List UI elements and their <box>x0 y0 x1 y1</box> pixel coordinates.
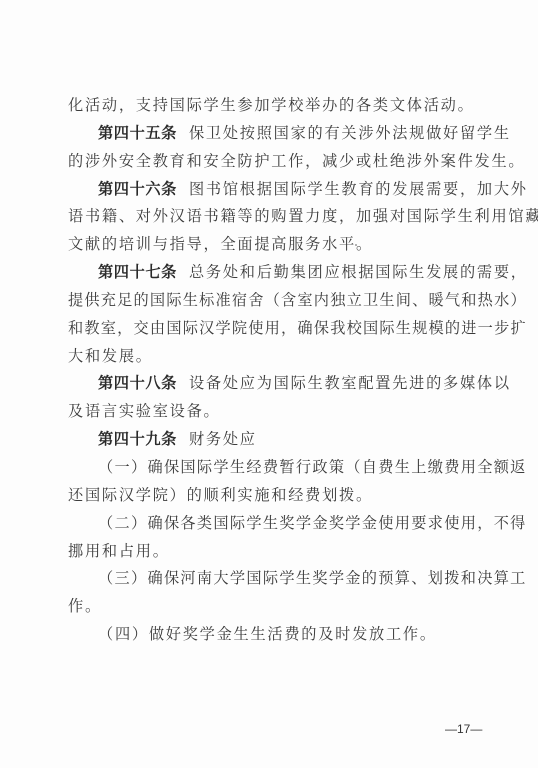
line-text: 还国际汉学院）的顺利实施和经费划拨。 <box>68 486 373 504</box>
clause-1-line: （一）确保国际学生经费暂行政策（自费生上缴费用全额返 <box>68 454 478 482</box>
article-heading: 第四十六条 <box>98 180 177 198</box>
paragraph-line: 的涉外安全教育和安全防护工作，减少或杜绝涉外案件发生。 <box>68 148 478 176</box>
paragraph-line: 和教室，交由国际汉学院使用，确保我校国际生规模的进一步扩 <box>68 315 478 343</box>
paragraph-line: 挪用和占用。 <box>68 538 478 566</box>
line-text: 及语言实验室设备。 <box>68 402 220 420</box>
line-text: 作。 <box>68 597 102 615</box>
line-text: 设备处应为国际生教室配置先进的多媒体以 <box>189 374 511 392</box>
line-text: 保卫处按照国家的有关涉外法规做好留学生 <box>189 124 511 142</box>
line-text: 文献的培训与指导，全面提高服务水平。 <box>68 235 373 253</box>
paragraph-line: 提供充足的国际生标准宿舍（含室内独立卫生间、暖气和热水） <box>68 287 478 315</box>
clause-4-line: （四）做好奖学金生生活费的及时发放工作。 <box>68 621 478 649</box>
line-text: 语书籍、对外汉语书籍等的购置力度，加强对国际学生利用馆藏 <box>68 207 538 225</box>
line-text: （四）做好奖学金生生活费的及时发放工作。 <box>98 625 437 643</box>
paragraph-line: 及语言实验室设备。 <box>68 398 478 426</box>
paragraph-line: 文献的培训与指导，全面提高服务水平。 <box>68 231 478 259</box>
line-text: 和教室，交由国际汉学院使用，确保我校国际生规模的进一步扩 <box>68 319 527 337</box>
article-48-line: 第四十八条设备处应为国际生教室配置先进的多媒体以 <box>68 370 478 398</box>
page-number: —17— <box>445 722 482 736</box>
article-heading: 第四十八条 <box>98 374 177 392</box>
article-49-line: 第四十九条财务处应 <box>68 426 478 454</box>
line-text: （一）确保国际学生经费暂行政策（自费生上缴费用全额返 <box>98 458 527 476</box>
line-text: 的涉外安全教育和安全防护工作，减少或杜绝涉外案件发生。 <box>68 152 525 170</box>
article-heading: 第四十九条 <box>98 430 177 448</box>
document-page: 化活动，支持国际学生参加学校举办的各类文体活动。 第四十五条保卫处按照国家的有关… <box>0 0 538 768</box>
scan-artifact-dot <box>355 244 357 246</box>
line-text: （三）确保河南大学国际学生奖学金的预算、划拨和决算工 <box>98 569 527 587</box>
paragraph-line: 语书籍、对外汉语书籍等的购置力度，加强对国际学生利用馆藏 <box>68 203 478 231</box>
paragraph-line: 化活动，支持国际学生参加学校举办的各类文体活动。 <box>68 92 478 120</box>
line-text: （二）确保各类国际学生奖学金奖学金使用要求使用，不得 <box>98 514 527 532</box>
line-text: 化活动，支持国际学生参加学校举办的各类文体活动。 <box>68 96 475 114</box>
article-47-line: 第四十七条总务处和后勤集团应根据国际生发展的需要， <box>68 259 478 287</box>
clause-2-line: （二）确保各类国际学生奖学金奖学金使用要求使用，不得 <box>68 510 478 538</box>
line-text: 图书馆根据国际学生教育的发展需要，加大外 <box>189 180 528 198</box>
paragraph-line: 还国际汉学院）的顺利实施和经费划拨。 <box>68 482 478 510</box>
article-heading: 第四十五条 <box>98 124 177 142</box>
paragraph-line: 作。 <box>68 593 478 621</box>
line-text: 总务处和后勤集团应根据国际生发展的需要， <box>189 263 528 281</box>
line-text: 提供充足的国际生标准宿舍（含室内独立卫生间、暖气和热水） <box>68 291 527 309</box>
line-text: 挪用和占用。 <box>68 542 170 560</box>
article-45-line: 第四十五条保卫处按照国家的有关涉外法规做好留学生 <box>68 120 478 148</box>
clause-3-line: （三）确保河南大学国际学生奖学金的预算、划拨和决算工 <box>68 565 478 593</box>
article-46-line: 第四十六条图书馆根据国际学生教育的发展需要，加大外 <box>68 176 478 204</box>
line-text: 财务处应 <box>189 430 257 448</box>
line-text: 大和发展。 <box>68 347 153 365</box>
article-heading: 第四十七条 <box>98 263 177 281</box>
paragraph-line: 大和发展。 <box>68 343 478 371</box>
document-body: 化活动，支持国际学生参加学校举办的各类文体活动。 第四十五条保卫处按照国家的有关… <box>68 92 478 649</box>
